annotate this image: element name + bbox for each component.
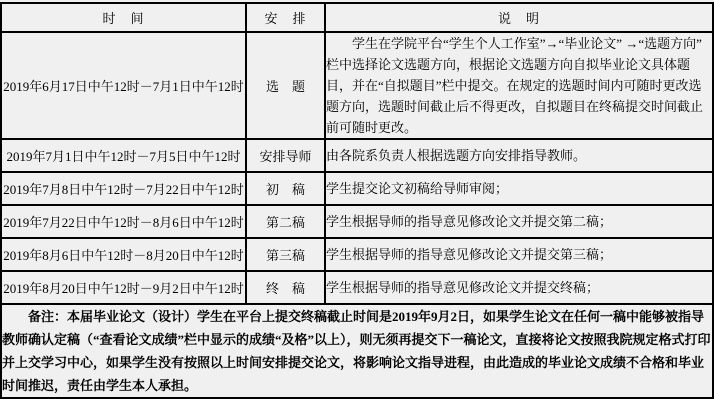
description-text: 学生根据导师的指导意见修改论文并提交第三稿； — [326, 244, 712, 265]
table-row: 2019年7月1日中午12时－7月5日中午12时 安排导师 由各院系负责人根据选… — [1, 139, 713, 172]
stage-cell: 安排导师 — [246, 139, 325, 172]
table-row: 2019年8月6日中午12时－8月20日中午12时 第三稿 学生根据导师的指导意… — [1, 238, 713, 271]
description-text: 学生在学院平台“学生个人工作室”→“毕业论文” →“选题方向”栏中选择论文选题方… — [326, 33, 712, 138]
stage-cell: 选 题 — [246, 32, 325, 139]
header-row: 时 间 安 排 说 明 — [1, 3, 713, 32]
description-text: 学生提交论文初稿给导师审阅； — [326, 178, 712, 199]
stage-cell: 第三稿 — [246, 238, 325, 271]
thesis-schedule-document: 时 间 安 排 说 明 2019年6月17日中午12时－7月1日中午12时 选 … — [0, 0, 714, 391]
description-cell: 由各院系负责人根据选题方向安排指导教师。 — [325, 139, 713, 172]
note-text: 备注：本届毕业论文（设计）学生在平台上提交终稿截止时间是2019年9月2日，如果… — [2, 305, 712, 397]
description-text: 学生根据导师的指导意见修改论文并提交终稿； — [326, 277, 712, 298]
table-row: 2019年7月8日中午12时－7月22日中午12时 初 稿 学生提交论文初稿给导… — [1, 172, 713, 205]
stage-cell: 第二稿 — [246, 205, 325, 238]
description-text: 由各院系负责人根据选题方向安排指导教师。 — [326, 145, 712, 166]
description-cell: 学生根据导师的指导意见修改论文并提交终稿； — [325, 271, 713, 304]
note-row: 备注：本届毕业论文（设计）学生在平台上提交终稿截止时间是2019年9月2日，如果… — [1, 304, 713, 398]
header-description: 说 明 — [325, 3, 713, 32]
stage-cell: 终 稿 — [246, 271, 325, 304]
table-row: 2019年8月20日中午12时－9月2日中午12时 终 稿 学生根据导师的指导意… — [1, 271, 713, 304]
description-text: 学生根据导师的指导意见修改论文并提交第二稿； — [326, 211, 712, 232]
header-stage: 安 排 — [246, 3, 325, 32]
description-cell: 学生根据导师的指导意见修改论文并提交第三稿； — [325, 238, 713, 271]
note-cell: 备注：本届毕业论文（设计）学生在平台上提交终稿截止时间是2019年9月2日，如果… — [1, 304, 713, 398]
time-cell: 2019年7月1日中午12时－7月5日中午12时 — [1, 139, 246, 172]
stage-cell: 初 稿 — [246, 172, 325, 205]
description-cell: 学生在学院平台“学生个人工作室”→“毕业论文” →“选题方向”栏中选择论文选题方… — [325, 32, 713, 139]
time-cell: 2019年8月20日中午12时－9月2日中午12时 — [1, 271, 246, 304]
time-cell: 2019年7月8日中午12时－7月22日中午12时 — [1, 172, 246, 205]
time-cell: 2019年7月22日中午12时－8月6日中午12时 — [1, 205, 246, 238]
time-cell: 2019年8月6日中午12时－8月20日中午12时 — [1, 238, 246, 271]
table-row: 2019年6月17日中午12时－7月1日中午12时 选 题 学生在学院平台“学生… — [1, 32, 713, 139]
schedule-table: 时 间 安 排 说 明 2019年6月17日中午12时－7月1日中午12时 选 … — [0, 2, 714, 399]
description-cell: 学生提交论文初稿给导师审阅； — [325, 172, 713, 205]
table-row: 2019年7月22日中午12时－8月6日中午12时 第二稿 学生根据导师的指导意… — [1, 205, 713, 238]
description-cell: 学生根据导师的指导意见修改论文并提交第二稿； — [325, 205, 713, 238]
header-time: 时 间 — [1, 3, 246, 32]
time-cell: 2019年6月17日中午12时－7月1日中午12时 — [1, 32, 246, 139]
